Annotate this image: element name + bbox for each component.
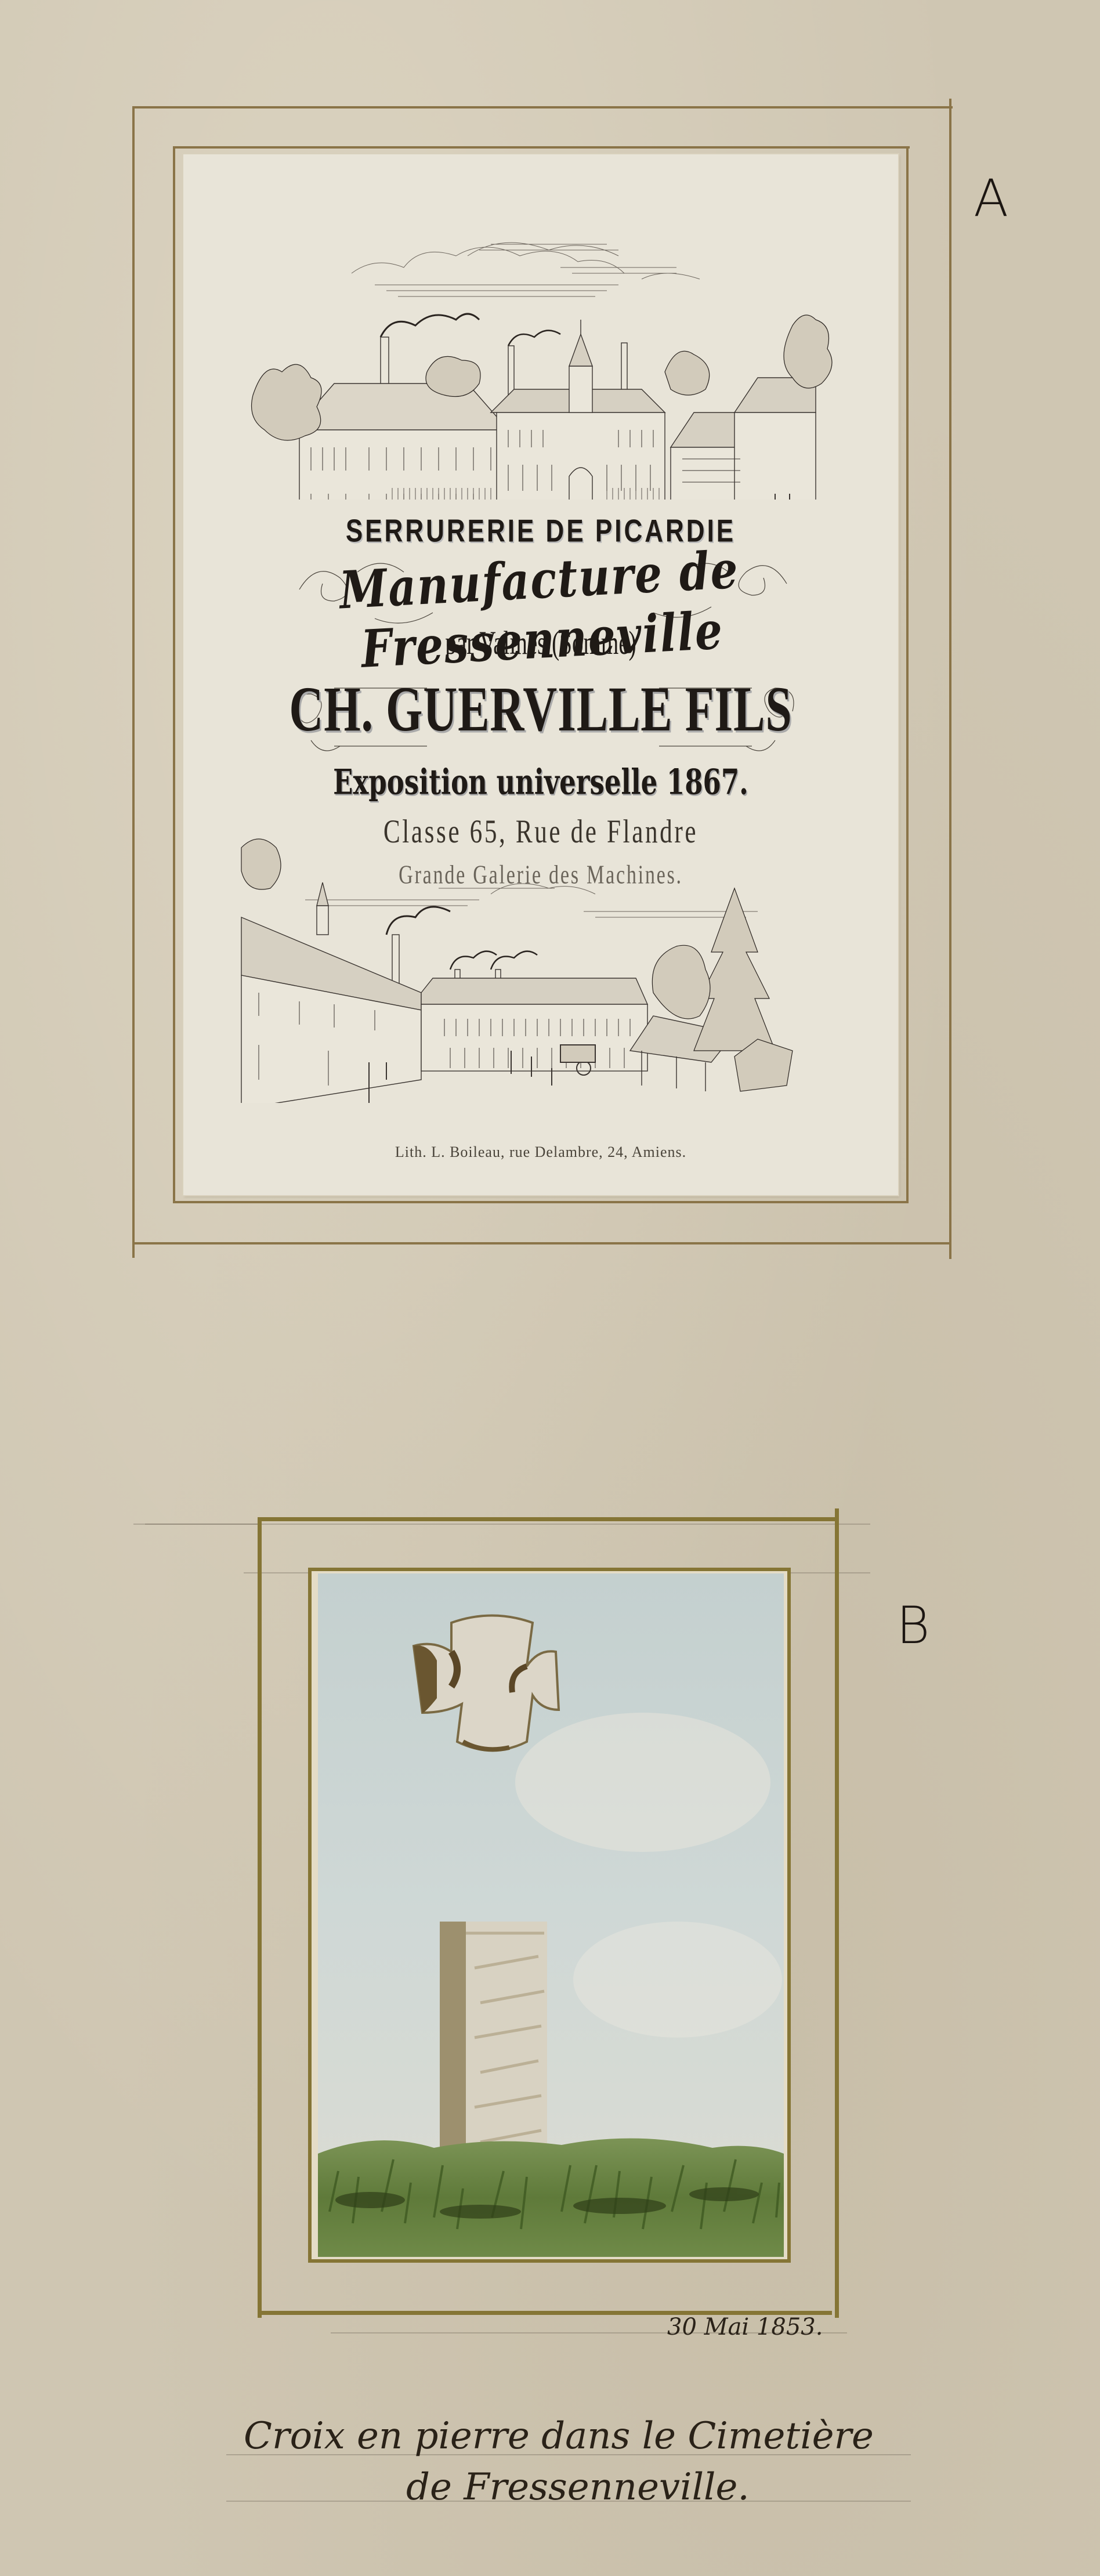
frame-b-outer-right	[835, 1508, 839, 2318]
frame-b-outer-top	[258, 1517, 839, 1521]
frame-b-inner-right	[787, 1568, 791, 2263]
frame-b-inner-bottom	[308, 2259, 791, 2263]
printer-credit: Lith. L. Boileau, rue Delambre, 24, Amie…	[183, 1144, 898, 1161]
engraving-factory-courtyard	[236, 836, 845, 1103]
print-card: SERRURERIE DE PICARDIE Manufacture de Fr…	[183, 154, 898, 1195]
frame-a-inner-right	[906, 146, 909, 1203]
plate-b: B 30 Mai 1853. Croix en pierre dans le C…	[0, 1334, 1100, 2576]
frame-a-inner-left	[173, 146, 175, 1203]
frame-a-outer-right	[949, 99, 951, 1259]
company-name: CH. GUERVILLE FILS	[237, 672, 844, 746]
plate-a: A	[0, 0, 1100, 1334]
frame-a-inner-top	[173, 146, 910, 149]
location-line: par Valines (Somme)	[237, 623, 844, 661]
drawing-date: 30 Mai 1853.	[667, 2314, 823, 2340]
plate-label-b: B	[896, 1595, 931, 1655]
frame-a-outer-left	[132, 106, 135, 1258]
exhibition-line: Exposition universelle 1867.	[219, 761, 863, 802]
frame-a-outer-bottom	[132, 1242, 951, 1244]
frame-a-outer-top	[132, 106, 953, 108]
engraving-factory-front	[236, 221, 845, 500]
watercolor-stone-cross	[318, 1573, 784, 2257]
frame-a-inner-bottom	[173, 1201, 909, 1203]
frame-b-outer-left	[258, 1517, 262, 2318]
plate-label-a: A	[974, 168, 1009, 228]
caption-line-2: de Fressenneville.	[406, 2466, 750, 2509]
caption-line-1: Croix en pierre dans le Cimetière	[244, 2415, 874, 2458]
pencil-guide-top	[133, 1524, 870, 1525]
